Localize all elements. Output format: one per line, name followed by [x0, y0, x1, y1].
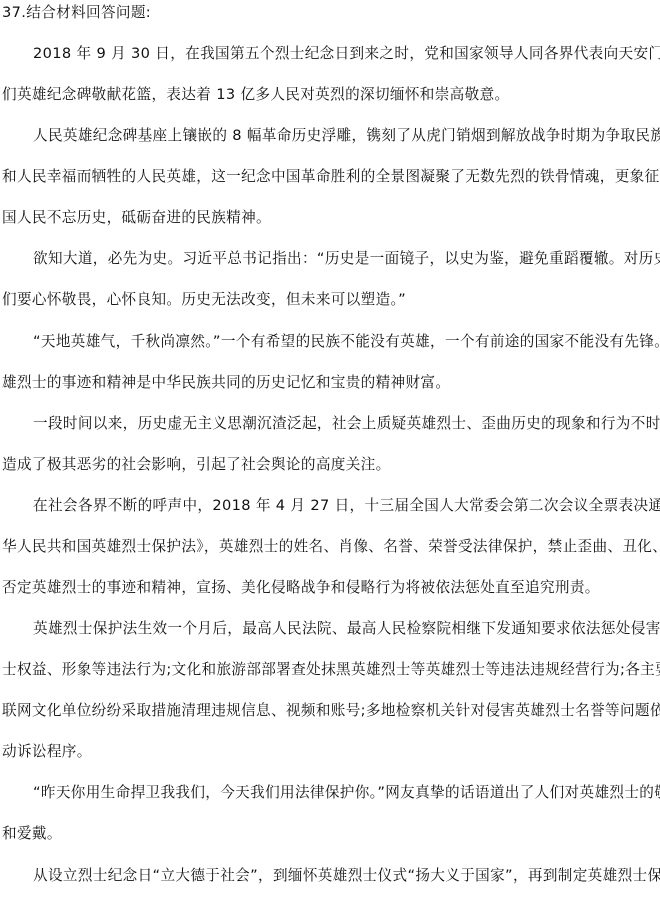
paragraph-8-line-2: 和爱戴。 — [2, 823, 62, 845]
question-title: 37.结合材料回答问题: — [2, 2, 151, 24]
paragraph-3-line-2: 们要心怀敬畏，心怀良知。历史无法改变，但未来可以塑造。” — [2, 289, 406, 311]
paragraph-1-line-2: 们英雄纪念碑敬献花篮，表达着 13 亿多人民对英烈的深切缅怀和崇高敬意。 — [2, 84, 509, 106]
paragraph-9-line-1: 从设立烈士纪念日“立大德于社会”，到缅怀英雄烈士仪式“扬大义于国家”，再到制定英… — [33, 865, 660, 887]
paragraph-4-line-1: “天地英雄气，千秋尚凛然。”一个有希望的民族不能没有英雄，一个有前途的国家不能没… — [33, 331, 660, 353]
paragraph-1-line-1: 2018 年 9 月 30 日，在我国第五个烈士纪念日到来之时，党和国家领导人同… — [33, 43, 660, 65]
paragraph-2-line-2: 和人民幸福而牺牲的人民英雄，这一纪念中国革命胜利的全景图凝聚了无数先烈的铁骨情魂… — [2, 166, 660, 188]
paragraph-7-line-1: 英雄烈士保护法生效一个月后，最高人民法院、最高人民检察院相继下发通知要求依法惩处… — [33, 618, 660, 640]
paragraph-2-line-1: 人民英雄纪念碑基座上镶嵌的 8 幅革命历史浮雕，镌刻了从虎门销烟到解放战争时期为… — [33, 125, 660, 147]
paragraph-5-line-1: 一段时间以来，历史虚无主义思潮沉渣泛起，社会上质疑英雄烈士、歪曲历史的现象和行为… — [33, 413, 660, 435]
paragraph-5-line-2: 造成了极其恶劣的社会影响，引起了社会舆论的高度关注。 — [2, 454, 391, 476]
paragraph-3-line-1: 欲知大道，必先为史。习近平总书记指出：“历史是一面镜子，以史为鉴，避免重蹈覆辙。… — [33, 248, 660, 270]
paragraph-7-line-2: 士权益、形象等违法行为;文化和旅游部部署查处抹黑英雄烈士等英雄烈士等违法违规经营… — [2, 659, 660, 681]
paragraph-6-line-1: 在社会各界不断的呼声中，2018 年 4 月 27 日，十三届全国人大常委会第二… — [33, 495, 660, 517]
paragraph-2-line-3: 国人民不忘历史，砥砺奋进的民族精神。 — [2, 207, 271, 229]
paragraph-6-line-3: 否定英雄烈士的事迹和精神，宣扬、美化侵略战争和侵略行为将被依法惩处直至追究刑责。 — [2, 577, 600, 599]
paragraph-8-line-1: “昨天你用生命捍卫我我们，今天我们用法律保护你。”网友真挚的话语道出了人们对英雄… — [33, 782, 660, 804]
paragraph-4-line-2: 雄烈士的事迹和精神是中华民族共同的历史记忆和宝贵的精神财富。 — [2, 372, 450, 394]
paragraph-6-line-2: 华人民共和国英雄烈士保护法》，英雄烈士的姓名、肖像、名誉、荣誉受法律保护，禁止歪… — [2, 536, 660, 558]
paragraph-7-line-3: 联网文化单位纷纷采取措施清理违规信息、视频和账号;多地检察机关针对侵害英雄烈士名… — [2, 700, 660, 722]
paragraph-7-line-4: 动诉讼程序。 — [2, 741, 92, 763]
